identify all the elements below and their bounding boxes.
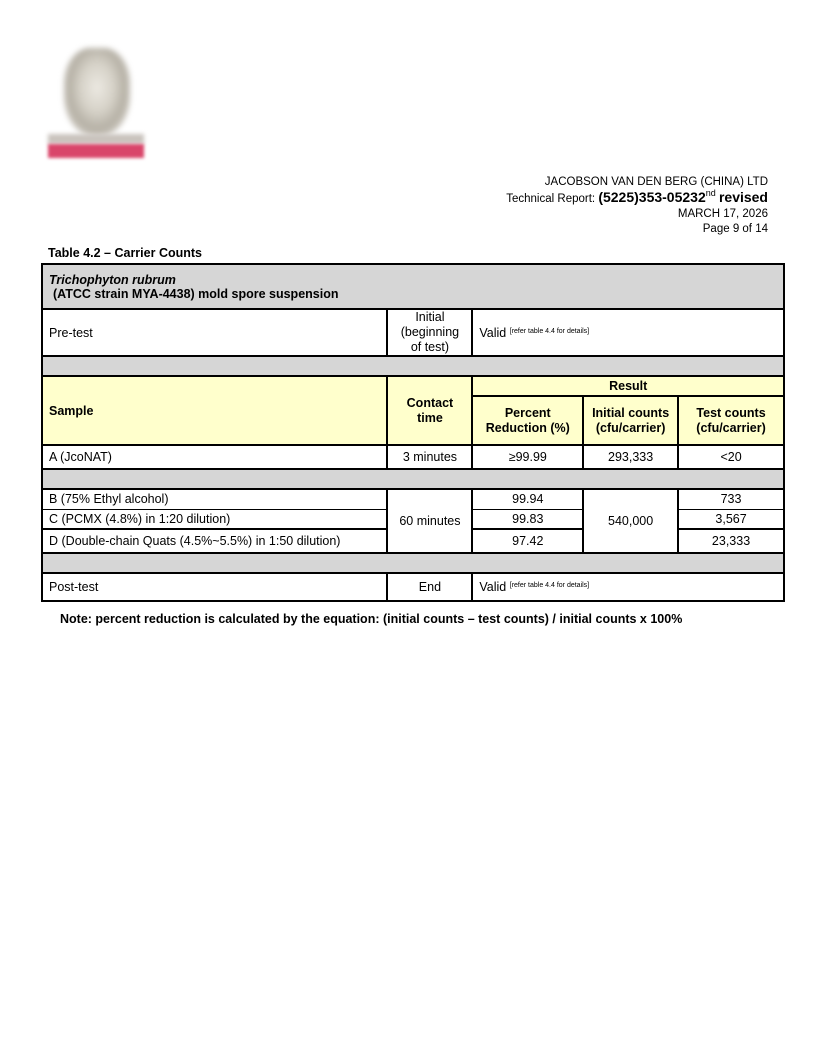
page-number: Page 9 of 14 — [506, 222, 768, 237]
test-counts-a: <20 — [678, 445, 784, 469]
organism-cell: Trichophyton rubrum (ATCC strain MYA-443… — [42, 264, 784, 309]
posttest-result-note: [refer table 4.4 for details] — [510, 582, 589, 589]
table-row: B (75% Ethyl alcohol) 60 minutes 99.94 5… — [42, 489, 784, 509]
revision-sup: nd — [706, 188, 716, 198]
test-counts-b: 733 — [678, 489, 784, 509]
pretest-row: Pre-test Initial (beginning of test) Val… — [42, 309, 784, 356]
percent-reduction-d: 97.42 — [472, 529, 583, 553]
company-name: JACOBSON VAN DEN BERG (CHINA) LTD — [506, 175, 768, 190]
pretest-result-note: [refer table 4.4 for details] — [510, 328, 589, 335]
pretest-result: Valid [refer table 4.4 for details] — [472, 309, 784, 356]
report-date: MARCH 17, 2026 — [506, 207, 768, 222]
initial-counts-a: 293,333 — [583, 445, 678, 469]
report-line: Technical Report: (5225)353-05232nd revi… — [506, 190, 768, 207]
report-label: Technical Report: — [506, 193, 595, 205]
col-header-test-counts: Test counts (cfu/carrier) — [678, 396, 784, 445]
sample-d: D (Double-chain Quats (4.5%~5.5%) in 1:5… — [42, 529, 387, 553]
posttest-result-value: Valid — [479, 580, 506, 594]
organism-detail: (ATCC strain MYA-4438) mold spore suspen… — [49, 287, 777, 301]
contact-time-bcd: 60 minutes — [387, 489, 472, 553]
pretest-label: Pre-test — [42, 309, 387, 356]
report-number: (5225)353-05232 — [598, 189, 705, 205]
separator-band — [42, 553, 784, 573]
initial-counts-bcd: 540,000 — [583, 489, 678, 553]
posttest-label: Post-test — [42, 573, 387, 601]
company-logo — [48, 48, 144, 158]
logo-band-accent — [48, 144, 144, 158]
sample-b: B (75% Ethyl alcohol) — [42, 489, 387, 509]
percent-reduction-b: 99.94 — [472, 489, 583, 509]
report-header: JACOBSON VAN DEN BERG (CHINA) LTD Techni… — [506, 175, 768, 237]
logo-emblem-icon — [64, 48, 130, 136]
posttest-row: Post-test End Valid [refer table 4.4 for… — [42, 573, 784, 601]
carrier-counts-table: Trichophyton rubrum (ATCC strain MYA-443… — [41, 263, 785, 602]
table-row: A (JcoNAT) 3 minutes ≥99.99 293,333 <20 — [42, 445, 784, 469]
separator-band — [42, 356, 784, 376]
sample-a: A (JcoNAT) — [42, 445, 387, 469]
col-header-initial-counts: Initial counts (cfu/carrier) — [583, 396, 678, 445]
posttest-result: Valid [refer table 4.4 for details] — [472, 573, 784, 601]
pretest-result-value: Valid — [479, 326, 506, 340]
col-header-sample: Sample — [42, 376, 387, 445]
sample-c: C (PCMX (4.8%) in 1:20 dilution) — [42, 509, 387, 529]
percent-reduction-c: 99.83 — [472, 509, 583, 529]
test-counts-c: 3,567 — [678, 509, 784, 529]
col-header-percent-reduction: Percent Reduction (%) — [472, 396, 583, 445]
col-header-result: Result — [472, 376, 784, 396]
table-note: Note: percent reduction is calculated by… — [60, 612, 682, 626]
organism-name: Trichophyton rubrum — [49, 273, 777, 287]
percent-reduction-a: ≥99.99 — [472, 445, 583, 469]
contact-time-a: 3 minutes — [387, 445, 472, 469]
test-counts-d: 23,333 — [678, 529, 784, 553]
table-title: Table 4.2 – Carrier Counts — [48, 246, 202, 260]
col-header-contact-time: Contact time — [387, 376, 472, 445]
logo-band — [48, 134, 144, 144]
revision-text: revised — [719, 189, 768, 205]
posttest-time: End — [387, 573, 472, 601]
separator-band — [42, 469, 784, 489]
pretest-time: Initial (beginning of test) — [387, 309, 472, 356]
